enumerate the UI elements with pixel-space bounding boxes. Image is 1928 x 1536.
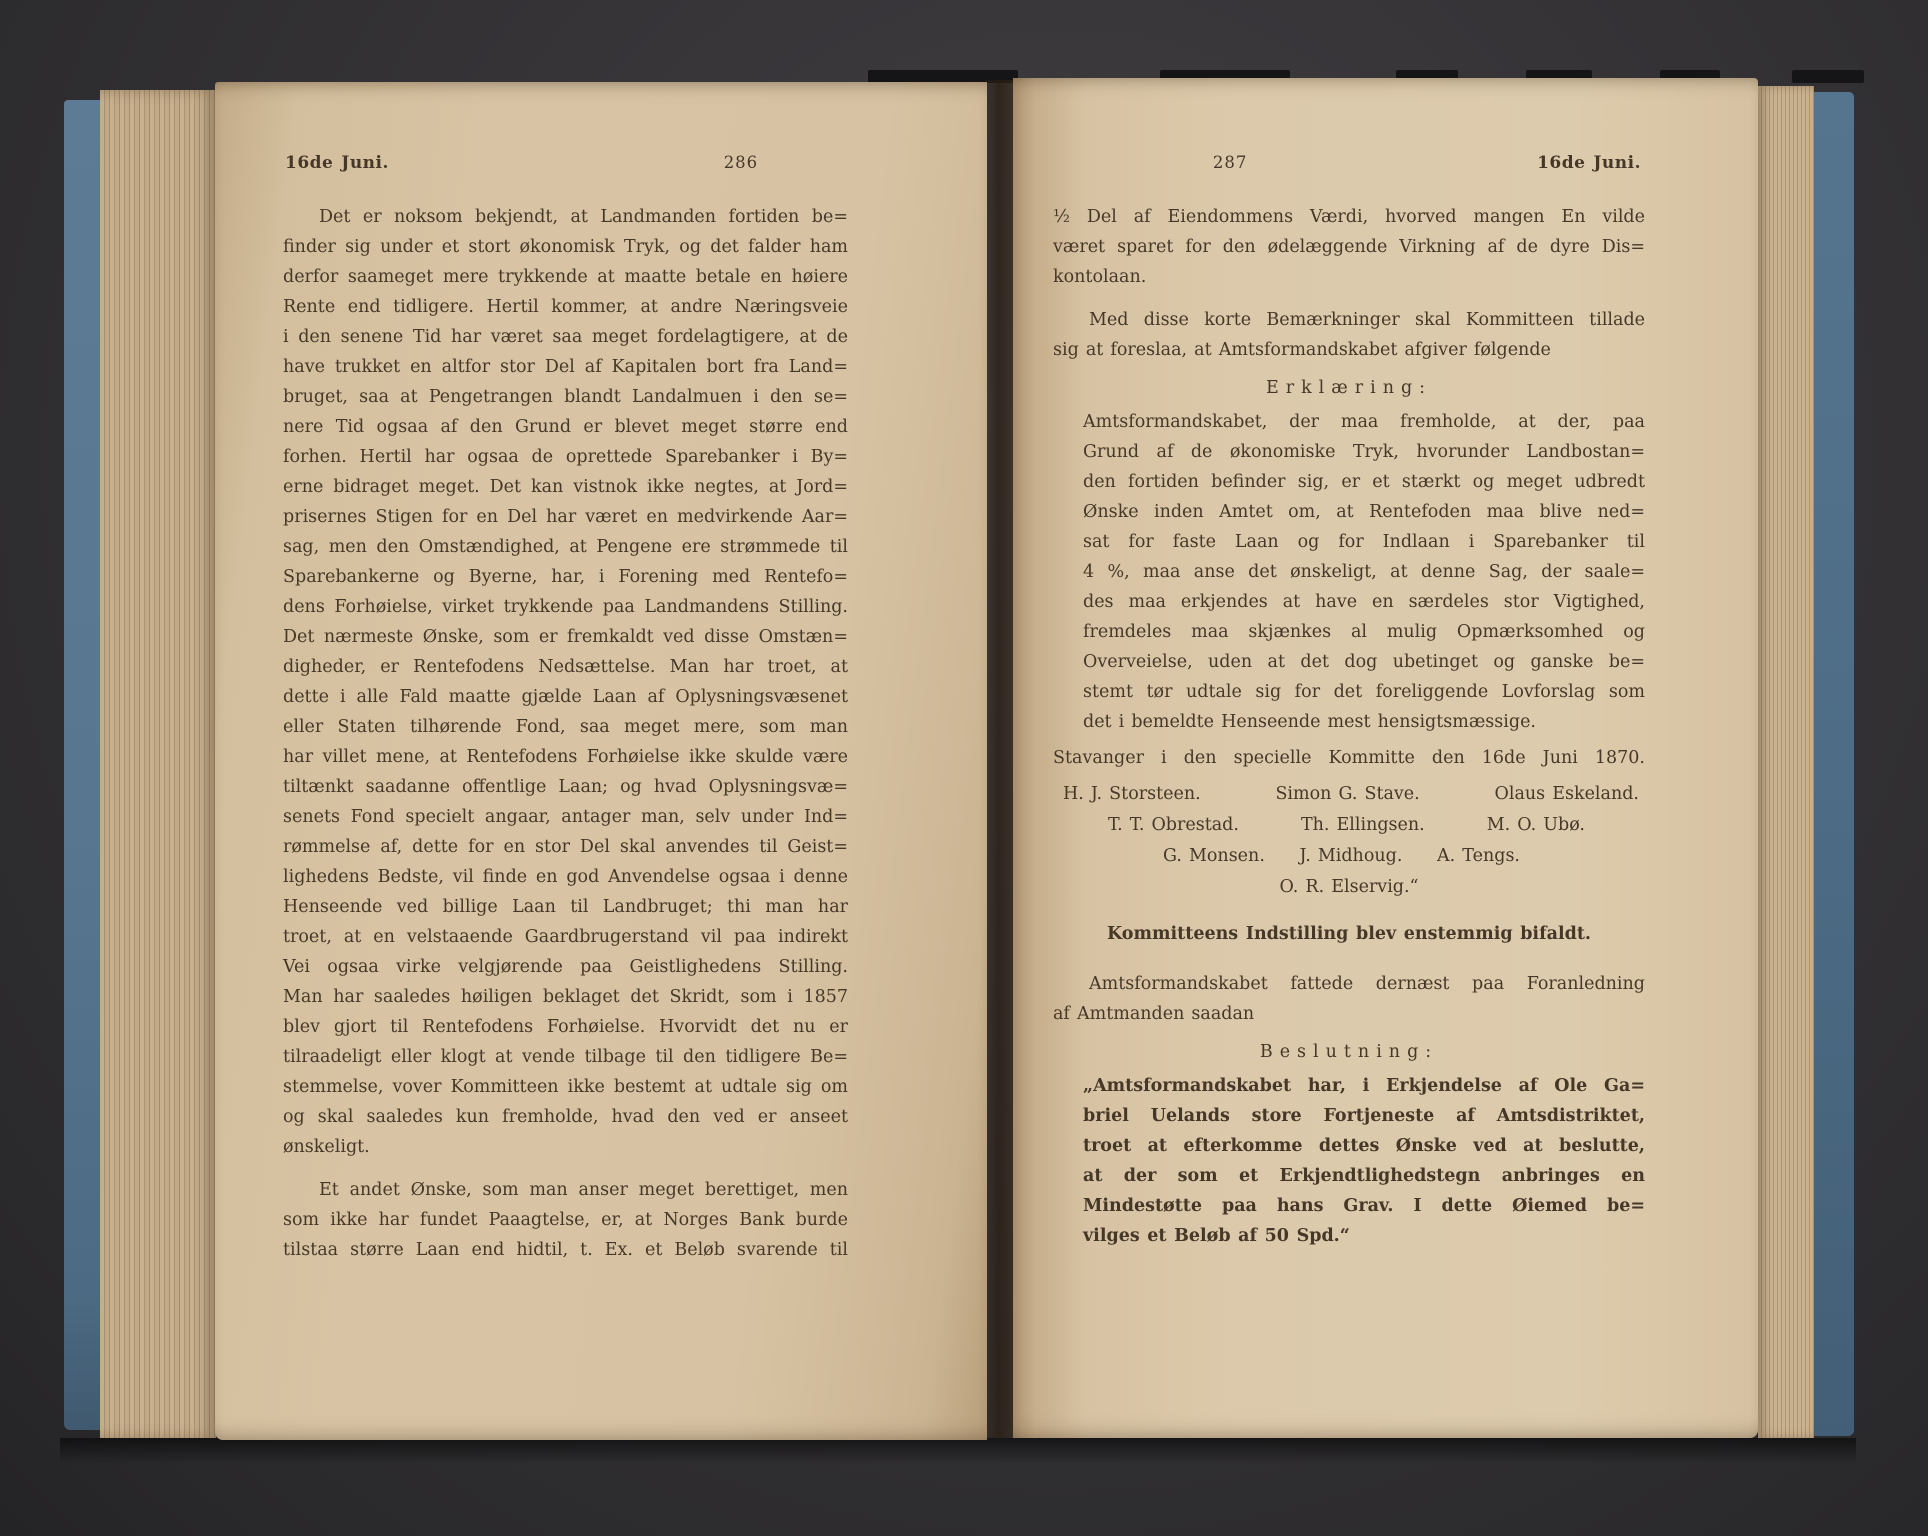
text-line: lighedens Bedste, vil finde en god Anven… (283, 862, 848, 892)
signature-name: G. Monsen. (1163, 841, 1265, 872)
text-line: af Amtmanden saadan (1053, 999, 1645, 1029)
text-line: rømmelse af, dette for en stor Del skal … (283, 832, 848, 862)
text-line: vilges et Beløb af 50 Spd.“ (1083, 1221, 1645, 1251)
signature-name: T. T. Obrestad. (1108, 810, 1239, 841)
text-line: som ikke har fundet Paaagtelse, er, at N… (283, 1205, 848, 1235)
signature-name: Simon G. Stave. (1275, 779, 1419, 810)
text-line: derfor saameget mere trykkende at maatte… (283, 262, 848, 292)
right-page-header: 287 16de Juni. (1053, 148, 1645, 178)
signature-row: H. J. Storsteen.Simon G. Stave.Olaus Esk… (1053, 779, 1645, 810)
paragraph: ½ Del af Eiendommens Værdi, hvorved mang… (1053, 202, 1645, 292)
left-page-header: 16de Juni. 286 (283, 148, 848, 178)
text-line: Det nærmeste Ønske, som er fremkaldt ved… (283, 622, 848, 652)
text-line: tilstaa større Laan end hidtil, t. Ex. e… (283, 1235, 848, 1265)
text-line: tiltænkt saadanne offentlige Laan; og hv… (283, 772, 848, 802)
table-groove-dash (1792, 70, 1864, 83)
signature-name: Olaus Eskeland. (1495, 779, 1639, 810)
text-line: Rente end tidligere. Hertil kommer, at a… (283, 292, 848, 322)
committee-dateline: Stavanger i den specielle Kommitte den 1… (1053, 743, 1645, 773)
decision-heading: Beslutning: (1053, 1037, 1645, 1067)
text-line: have trukket en altfor stor Del af Kapit… (283, 352, 848, 382)
page-stack-left-edge (100, 90, 216, 1438)
text-line: eller Staten tilhørende Fond, saa meget … (283, 712, 848, 742)
text-line: Amtsformandskabet, der maa fremholde, at… (1083, 407, 1645, 437)
text-line: erne bidraget meget. Det kan vistnok ikk… (283, 472, 848, 502)
paragraph: Amtsformandskabet fattede dernæst paa Fo… (1053, 969, 1645, 1029)
text-line: digheder, er Rentefodens Nedsættelse. Ma… (283, 652, 848, 682)
text-line: Henseende ved billige Laan til Landbruge… (283, 892, 848, 922)
text-line: sig at foreslaa, at Amtsformandskabet af… (1053, 335, 1645, 365)
signature-row: O. R. Elservig.“ (1053, 872, 1645, 903)
text-line: bruget, saa at Pengetrangen blandt Landa… (283, 382, 848, 412)
right-page-text: 287 16de Juni. ½ Del af Eiendommens Værd… (1053, 148, 1645, 1257)
book-cover-left-edge (64, 100, 100, 1430)
declaration-block: Amtsformandskabet, der maa fremholde, at… (1053, 407, 1645, 737)
text-line: stemmelse, vover Kommitteen ikke bestemt… (283, 1072, 848, 1102)
text-line: briel Uelands store Fortjeneste af Amtsd… (1083, 1101, 1645, 1131)
text-line: ønskeligt. (283, 1132, 848, 1162)
text-line: dens Forhøielse, virket trykkende paa La… (283, 592, 848, 622)
book-shadow (60, 1438, 1856, 1464)
text-line: at der som et Erkjendtlighedstegn anbrin… (1083, 1161, 1645, 1191)
text-line: i den senene Tid har været saa meget for… (283, 322, 848, 352)
resolution-summary-line: Kommitteens Indstilling blev enstemmig b… (1053, 919, 1645, 949)
signature-name: O. R. Elservig.“ (1279, 872, 1418, 903)
text-line: været sparet for den ødelæggende Virknin… (1053, 232, 1645, 262)
text-line: Med disse korte Bemærkninger skal Kommit… (1053, 305, 1645, 335)
text-line: dette i alle Fald maatte gjælde Laan af … (283, 682, 848, 712)
left-page-text: 16de Juni. 286 Det er noksom bekjendt, a… (283, 148, 848, 1278)
text-line: det i bemeldte Henseende mest hensigtsmæ… (1083, 707, 1645, 737)
text-line: og skal saaledes kun fremholde, hvad den… (283, 1102, 848, 1132)
text-line: prisernes Stigen for en Del har været en… (283, 502, 848, 532)
text-line: fremdeles maa skjænkes al mulig Opmærkso… (1083, 617, 1645, 647)
text-line: ½ Del af Eiendommens Værdi, hvorved mang… (1053, 202, 1645, 232)
running-head-date: 16de Juni. (285, 148, 389, 178)
text-line: des maa erkjendes at have en særdeles st… (1083, 587, 1645, 617)
photo-background: 16de Juni. 286 Det er noksom bekjendt, a… (0, 0, 1928, 1536)
decision-block: „Amtsformandskabet har, i Erkjendelse af… (1053, 1071, 1645, 1251)
text-line: Et andet Ønske, som man anser meget bere… (283, 1175, 848, 1205)
text-line: Vei ogsaa virke velgjørende paa Geistlig… (283, 952, 848, 982)
signature-name: M. O. Ubø. (1487, 810, 1585, 841)
text-line: „Amtsformandskabet har, i Erkjendelse af… (1083, 1071, 1645, 1101)
text-line: har villet mene, at Rentefodens Forhøiel… (283, 742, 848, 772)
book-cover-right-edge (1814, 92, 1854, 1436)
text-line: sag, men den Omstændighed, at Pengene er… (283, 532, 848, 562)
text-line: Det er noksom bekjendt, at Landmanden fo… (283, 202, 848, 232)
text-line: kontolaan. (1053, 262, 1645, 292)
paragraph: Et andet Ønske, som man anser meget bere… (283, 1175, 848, 1265)
text-line: Amtsformandskabet fattede dernæst paa Fo… (1053, 969, 1645, 999)
declaration-heading: Erklæring: (1053, 373, 1645, 403)
text-line: Mindestøtte paa hans Grav. I dette Øieme… (1083, 1191, 1645, 1221)
text-line: sat for faste Laan og for Indlaan i Spar… (1083, 527, 1645, 557)
text-line: blev gjort til Rentefodens Forhøielse. H… (283, 1012, 848, 1042)
paragraph: Det er noksom bekjendt, at Landmanden fo… (283, 202, 848, 1162)
text-line: 4 %, maa anse det ønskeligt, at denne Sa… (1083, 557, 1645, 587)
text-line: den fortiden befinder sig, er et stærkt … (1083, 467, 1645, 497)
text-line: Sparebankerne og Byerne, har, i Forening… (283, 562, 848, 592)
book-gutter-shadow (985, 80, 1015, 1438)
folio-number: 286 (724, 148, 759, 178)
text-line: finder sig under et stort økonomisk Tryk… (283, 232, 848, 262)
paragraph: Med disse korte Bemærkninger skal Kommit… (1053, 305, 1645, 365)
left-page: 16de Juni. 286 Det er noksom bekjendt, a… (215, 82, 987, 1440)
text-line: troet at efterkomme dettes Ønske ved at … (1083, 1131, 1645, 1161)
text-line: Ønske inden Amtet om, at Rentefoden maa … (1083, 497, 1645, 527)
text-line: Overveielse, uden at det dog ubetinget o… (1083, 647, 1645, 677)
right-page: 287 16de Juni. ½ Del af Eiendommens Værd… (1013, 78, 1758, 1438)
running-head-date: 16de Juni. (1537, 148, 1641, 178)
signature-row: G. Monsen.J. Midhoug.A. Tengs. (1053, 841, 1645, 872)
signature-name: H. J. Storsteen. (1063, 779, 1201, 810)
text-line: troet, at en velstaaende Gaardbrugerstan… (283, 922, 848, 952)
text-line: senets Fond specielt angaar, antager man… (283, 802, 848, 832)
page-stack-right-edge (1758, 86, 1814, 1438)
text-line: nere Tid ogsaa af den Grund er blevet me… (283, 412, 848, 442)
signature-name: Th. Ellingsen. (1301, 810, 1425, 841)
text-line: tilraadeligt eller klogt at vende tilbag… (283, 1042, 848, 1072)
signature-name: J. Midhoug. (1300, 841, 1403, 872)
signature-row: T. T. Obrestad.Th. Ellingsen.M. O. Ubø. (1053, 810, 1645, 841)
folio-number: 287 (1213, 148, 1248, 178)
text-line: Grund af de økonomiske Tryk, hvorunder L… (1083, 437, 1645, 467)
text-line: forhen. Hertil har ogsaa de oprettede Sp… (283, 442, 848, 472)
text-line: stemt tør udtale sig for det foreliggend… (1083, 677, 1645, 707)
signature-name: A. Tengs. (1437, 841, 1520, 872)
text-line: Man har saaledes høiligen beklaget det S… (283, 982, 848, 1012)
